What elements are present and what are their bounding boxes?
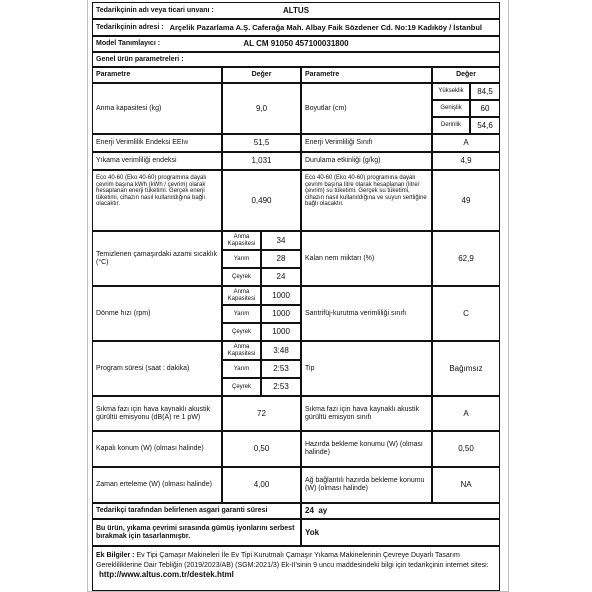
washing-index-value: 1,031 [222,152,301,170]
support-link[interactable]: http://www.altus.com.tr/destek.html [99,570,234,579]
additional-info-text: Ev Tipi Çamaşır Makineleri İle Ev Tipi K… [96,552,489,569]
width-value: 60 [470,100,500,117]
additional-info: Ek Bilgiler : Ev Tipi Çamaşır Makineleri… [92,546,500,591]
width-label: Genişlik [432,100,470,117]
program-duration-rated-label: Anma Kapasitesi [222,341,261,360]
height-value: 84,5 [470,83,500,100]
noise-class-value: A [432,396,500,431]
spin-speed-half-value: 1000 [261,305,301,323]
depth-value: 54,6 [470,117,500,134]
max-temp-quarter-value: 24 [261,268,301,286]
spin-speed-half-label: Yarım [222,305,261,323]
noise-class-label: Sıkma fazı için hava kaynaklı akustik gü… [301,396,432,431]
network-standby-value: NA [432,467,500,503]
program-duration-half-value: 2:53 [261,360,301,378]
type-value: Bağımsız [432,341,500,396]
energy-class-label: Enerji Verimliliği Sınıfı [301,134,432,152]
header-param-2: Parametre [301,67,432,83]
spin-speed-quarter-label: Çeyrek [222,323,261,341]
max-temp-rated-label: Anma Kapasitesi [222,231,261,250]
washing-index-label: Yıkama verimliliği endeksi [92,152,222,170]
spin-speed-quarter-value: 1000 [261,323,301,341]
standby-value: 0,50 [432,431,500,467]
noise-value: 72 [222,396,301,431]
program-duration-rated-value: 3:48 [261,341,301,360]
max-temp-rated-value: 34 [261,231,301,250]
warranty-value: 24 ay [301,503,500,519]
spin-class-value: C [432,286,500,341]
max-temp-label: Temizlenen çamaşırdaki azami sıcaklık (°… [92,231,222,286]
header-param: Parametre [92,67,222,83]
silver-ions-value: Yok [301,519,500,546]
off-mode-label: Kapalı konum (W) (olması halinde) [92,431,222,467]
silver-ions-label: Bu ürün, yıkama çevrimi sırasında gümüş … [92,519,301,546]
noise-label: Sıkma fazı için hava kaynaklı akustik gü… [92,396,222,431]
energy-class-value: A [432,134,500,152]
delay-start-value: 4,00 [222,467,301,503]
moisture-value: 62,9 [432,231,500,286]
spin-speed-label: Dönme hızı (rpm) [92,286,222,341]
network-standby-label: Ağ bağlantılı hazırda bekleme konumu (W)… [301,467,432,503]
dimensions-label: Boyutlar (cm) [301,83,432,134]
eei-subscript: W [184,139,189,147]
supplier-name-value: ALTUS [93,7,499,15]
program-duration-half-label: Yarım [222,360,261,378]
delay-start-label: Zaman erteleme (W) (olması halinde) [92,467,222,503]
water-consumption-value: 49 [432,170,500,231]
max-temp-quarter-label: Çeyrek [222,268,261,286]
max-temp-half-label: Yarım [222,250,261,268]
max-temp-half-value: 28 [261,250,301,268]
model-value: AL CM 91050 457100031800 [93,40,499,48]
general-title: Genel ürün parametreleri : [92,52,500,67]
supplier-name-row: Tedarikçinin adı veya ticari unvanı : AL… [92,2,500,19]
depth-label: Derinlik [432,117,470,134]
eei-value: 51,5 [222,134,301,152]
capacity-label: Anma kapasitesi (kg) [92,83,222,134]
additional-info-label: Ek Bilgiler : [96,552,135,559]
energy-consumption-value: 0,490 [222,170,301,231]
spin-speed-rated-value: 1000 [261,286,301,305]
spin-speed-rated-label: Anma Kapasitesi [222,286,261,305]
rinsing-value: 4,9 [432,152,500,170]
type-label: Tip [301,341,432,396]
model-row: Model Tanımlayıcı : AL CM 91050 45710003… [92,36,500,52]
general-title-text: Genel ürün parametreleri : [96,56,184,64]
program-duration-quarter-label: Çeyrek [222,378,261,396]
supplier-address-value: Arçelik Pazarlama A.Ş. Caferağa Mah. Alb… [170,24,482,32]
moisture-label: Kalan nem miktarı (%) [301,231,432,286]
spin-class-label: Santrifüj-kurutma verimliliği sınıfı [301,286,432,341]
header-value: Değer [222,67,301,83]
eei-label: Enerji Verimlilik Endeksi EEIW [92,134,222,152]
program-duration-quarter-value: 2:53 [261,378,301,396]
height-label: Yükseklik [432,83,470,100]
water-consumption-label: Eco 40-60 (Eko 40-60) programına dayalı … [301,170,432,231]
eei-label-text: Enerji Verimlilik Endeksi EEI [96,139,184,147]
program-duration-label: Program süresi (saat : dakika) [92,341,222,396]
off-mode-value: 0,50 [222,431,301,467]
header-value-2: Değer [432,67,500,83]
standby-label: Hazırda bekleme konumu (W) (olması halin… [301,431,432,467]
rinsing-label: Durulama etkinliği (g/kg) [301,152,432,170]
capacity-value: 9,0 [222,83,301,134]
supplier-address-row: Tedarikçinin adresi : Arçelik Pazarlama … [92,19,500,36]
warranty-label: Tedarikçi tarafından belirlenen asgari g… [92,503,301,519]
supplier-address-label: Tedarikçinin adresi : [96,24,164,32]
energy-consumption-label: Eco 40-60 (Eko 40-60) programına dayalı … [92,170,222,231]
